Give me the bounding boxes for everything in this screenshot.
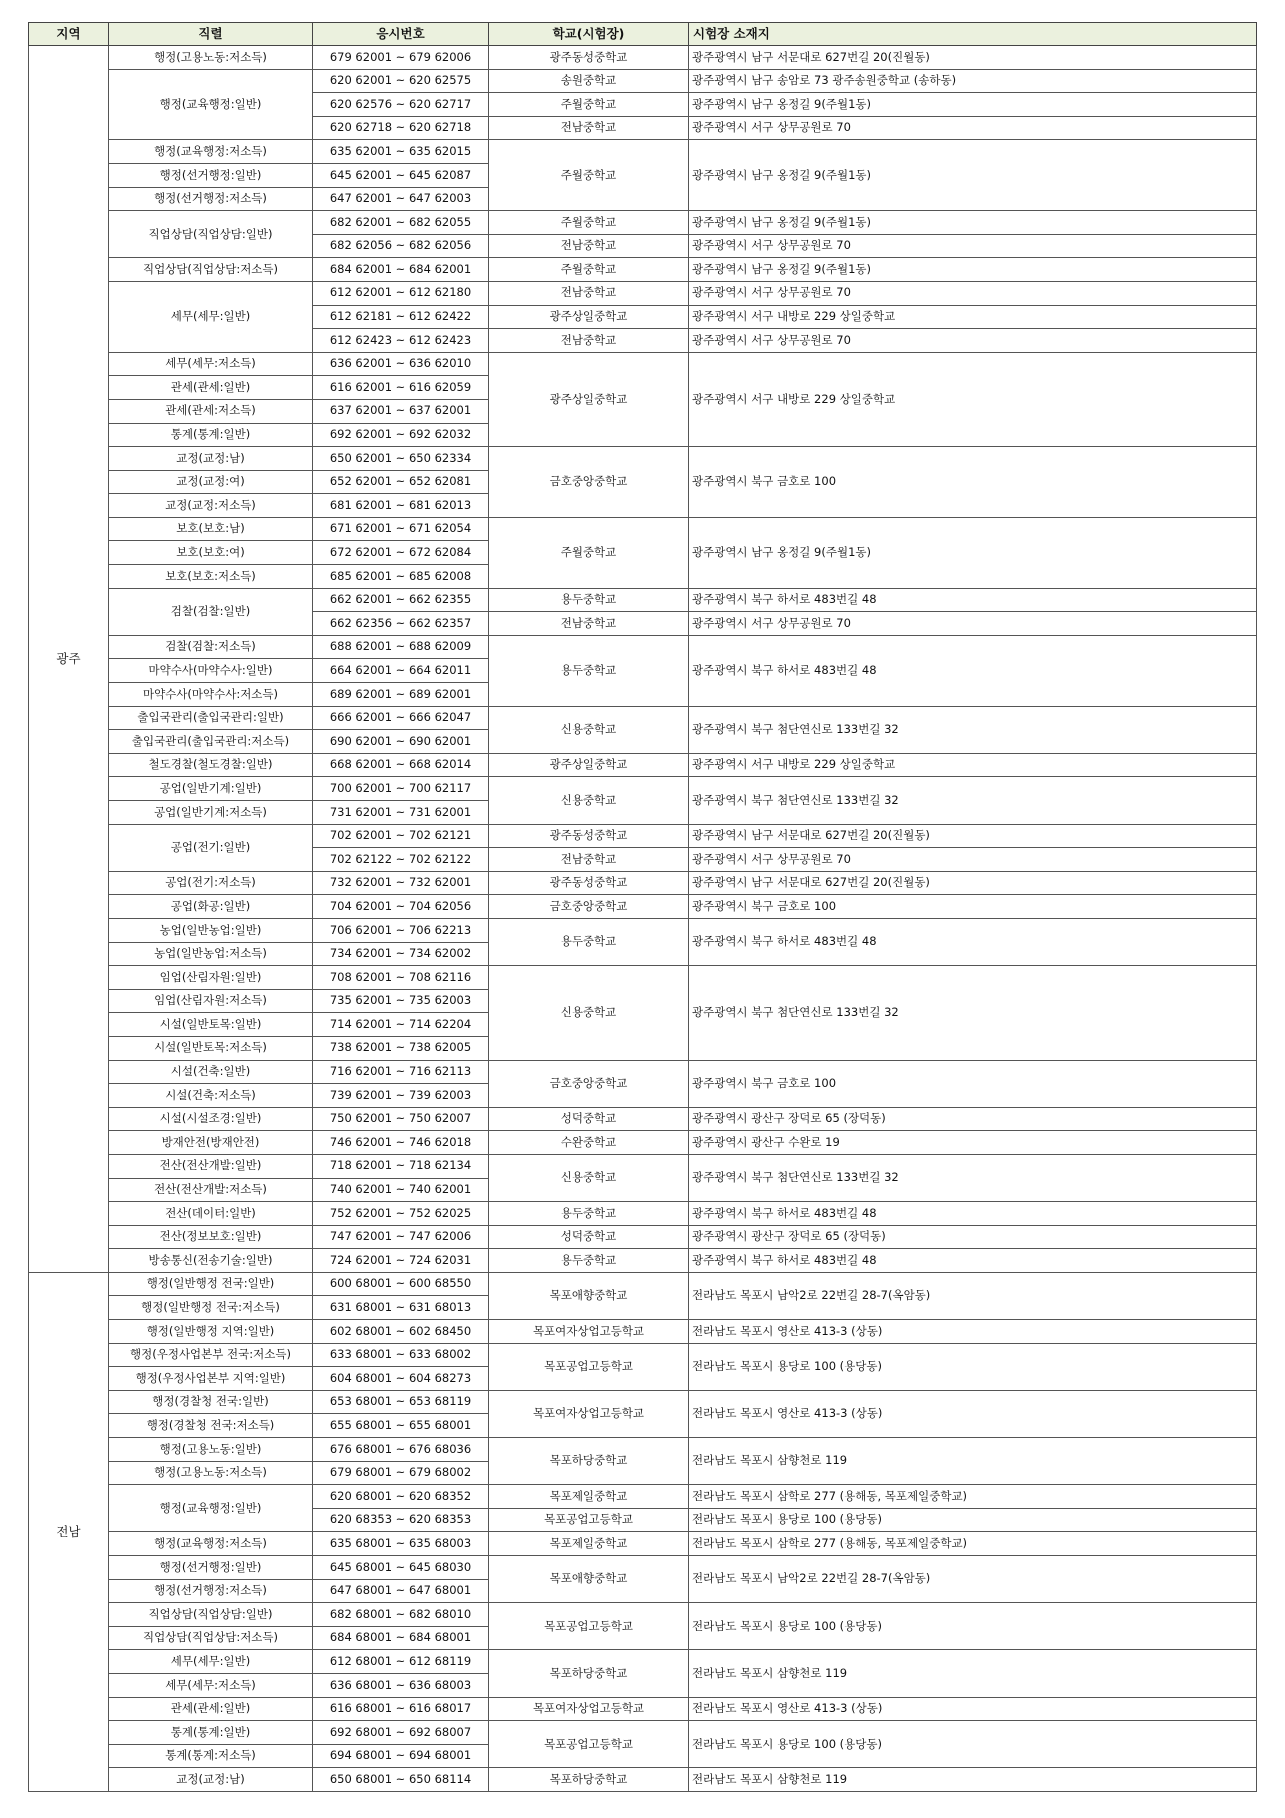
job-series-cell: 공업(일반기계:저소득) (109, 801, 313, 825)
address-cell: 광주광역시 광산구 장덕로 65 (장덕동) (689, 1225, 1257, 1249)
exam-number-range-cell: 604 68001 ~ 604 68273 (313, 1367, 489, 1391)
school-cell: 목포제일중학교 (489, 1532, 689, 1556)
table-header-row: 지역 직렬 응시번호 학교(시험장) 시험장 소재지 (29, 23, 1257, 46)
exam-number-range-cell: 702 62001 ~ 702 62121 (313, 824, 489, 848)
school-cell: 광주동성중학교 (489, 46, 689, 70)
job-series-cell: 검찰(검찰:저소득) (109, 635, 313, 659)
exam-number-range-cell: 714 62001 ~ 714 62204 (313, 1013, 489, 1037)
exam-number-range-cell: 684 68001 ~ 684 68001 (313, 1626, 489, 1650)
school-cell: 목포하당중학교 (489, 1768, 689, 1792)
table-row: 방재안전(방재안전)746 62001 ~ 746 62018수완중학교광주광역… (29, 1131, 1257, 1155)
address-cell: 광주광역시 북구 하서로 483번길 48 (689, 588, 1257, 612)
exam-number-range-cell: 650 62001 ~ 650 62334 (313, 447, 489, 471)
exam-number-range-cell: 635 68001 ~ 635 68003 (313, 1532, 489, 1556)
address-cell: 광주광역시 남구 옹정길 9(주월1동) (689, 258, 1257, 282)
table-row: 행정(선거행정:일반)645 68001 ~ 645 68030목포애향중학교전… (29, 1556, 1257, 1580)
exam-number-range-cell: 692 62001 ~ 692 62032 (313, 423, 489, 447)
job-series-cell: 행정(우정사업본부 지역:일반) (109, 1367, 313, 1391)
table-row: 행정(고용노동:일반)676 68001 ~ 676 68036목포하당중학교전… (29, 1438, 1257, 1462)
job-series-cell: 보호(보호:여) (109, 541, 313, 565)
school-cell: 용두중학교 (489, 1202, 689, 1226)
exam-number-range-cell: 702 62122 ~ 702 62122 (313, 848, 489, 872)
address-cell: 광주광역시 서구 상무공원로 70 (689, 281, 1257, 305)
exam-number-range-cell: 645 68001 ~ 645 68030 (313, 1556, 489, 1580)
exam-number-range-cell: 732 62001 ~ 732 62001 (313, 871, 489, 895)
job-series-cell: 교정(교정:남) (109, 447, 313, 471)
exam-number-range-cell: 633 68001 ~ 633 68002 (313, 1343, 489, 1367)
exam-number-range-cell: 689 62001 ~ 689 62001 (313, 683, 489, 707)
address-cell: 광주광역시 북구 첨단연신로 133번길 32 (689, 777, 1257, 824)
exam-number-range-cell: 652 62001 ~ 652 62081 (313, 470, 489, 494)
job-series-cell: 행정(선거행정:저소득) (109, 1579, 313, 1603)
table-row: 공업(전기:일반)702 62001 ~ 702 62121광주동성중학교광주광… (29, 824, 1257, 848)
exam-number-range-cell: 620 62576 ~ 620 62717 (313, 93, 489, 117)
exam-number-range-cell: 682 62056 ~ 682 62056 (313, 234, 489, 258)
exam-number-range-cell: 740 62001 ~ 740 62001 (313, 1178, 489, 1202)
exam-number-range-cell: 616 68001 ~ 616 68017 (313, 1697, 489, 1721)
address-cell: 광주광역시 북구 금호로 100 (689, 1060, 1257, 1107)
school-cell: 용두중학교 (489, 635, 689, 706)
job-series-cell: 통계(통계:일반) (109, 1721, 313, 1745)
school-cell: 목포여자상업고등학교 (489, 1697, 689, 1721)
school-cell: 목포여자상업고등학교 (489, 1320, 689, 1344)
table-row: 행정(경찰청 전국:일반)653 68001 ~ 653 68119목포여자상업… (29, 1390, 1257, 1414)
job-series-cell: 행정(우정사업본부 전국:저소득) (109, 1343, 313, 1367)
job-series-cell: 통계(통계:일반) (109, 423, 313, 447)
exam-number-range-cell: 739 62001 ~ 739 62003 (313, 1084, 489, 1108)
table-row: 세무(세무:저소득)636 62001 ~ 636 62010광주상일중학교광주… (29, 352, 1257, 376)
table-row: 시설(시설조경:일반)750 62001 ~ 750 62007성덕중학교광주광… (29, 1107, 1257, 1131)
job-series-cell: 직업상담(직업상담:일반) (109, 1603, 313, 1627)
school-cell: 전남중학교 (489, 612, 689, 636)
school-cell: 성덕중학교 (489, 1107, 689, 1131)
exam-number-range-cell: 620 68001 ~ 620 68352 (313, 1485, 489, 1509)
exam-number-range-cell: 706 62001 ~ 706 62213 (313, 918, 489, 942)
address-cell: 광주광역시 서구 내방로 229 상일중학교 (689, 305, 1257, 329)
address-cell: 광주광역시 광산구 장덕로 65 (장덕동) (689, 1107, 1257, 1131)
table-row: 보호(보호:남)671 62001 ~ 671 62054주월중학교광주광역시 … (29, 517, 1257, 541)
school-cell: 신용중학교 (489, 1154, 689, 1201)
address-cell: 전라남도 목포시 삼학로 277 (용해동, 목포제일중학교) (689, 1532, 1257, 1556)
table-row: 교정(교정:남)650 62001 ~ 650 62334금호중앙중학교광주광역… (29, 447, 1257, 471)
exam-number-range-cell: 616 62001 ~ 616 62059 (313, 376, 489, 400)
exam-number-range-cell: 752 62001 ~ 752 62025 (313, 1202, 489, 1226)
job-series-cell: 마약수사(마약수사:저소득) (109, 683, 313, 707)
job-series-cell: 행정(일반행정 지역:일반) (109, 1320, 313, 1344)
exam-number-range-cell: 684 62001 ~ 684 62001 (313, 258, 489, 282)
exam-number-range-cell: 631 68001 ~ 631 68013 (313, 1296, 489, 1320)
exam-number-range-cell: 679 68001 ~ 679 68002 (313, 1461, 489, 1485)
school-cell: 주월중학교 (489, 93, 689, 117)
exam-number-range-cell: 692 68001 ~ 692 68007 (313, 1721, 489, 1745)
exam-number-range-cell: 620 62718 ~ 620 62718 (313, 116, 489, 140)
table-row: 통계(통계:일반)692 68001 ~ 692 68007목포공업고등학교전라… (29, 1721, 1257, 1745)
exam-number-range-cell: 718 62001 ~ 718 62134 (313, 1154, 489, 1178)
job-series-cell: 농업(일반농업:일반) (109, 918, 313, 942)
exam-number-range-cell: 676 68001 ~ 676 68036 (313, 1438, 489, 1462)
job-series-cell: 통계(통계:저소득) (109, 1744, 313, 1768)
job-series-cell: 행정(고용노동:저소득) (109, 1461, 313, 1485)
exam-venue-table: 지역 직렬 응시번호 학교(시험장) 시험장 소재지 광주행정(고용노동:저소득… (28, 22, 1257, 1792)
exam-number-range-cell: 637 62001 ~ 637 62001 (313, 399, 489, 423)
address-cell: 전라남도 목포시 영산로 413-3 (상동) (689, 1697, 1257, 1721)
exam-number-range-cell: 672 62001 ~ 672 62084 (313, 541, 489, 565)
header-job-series: 직렬 (109, 23, 313, 46)
job-series-cell: 직업상담(직업상담:저소득) (109, 1626, 313, 1650)
school-cell: 주월중학교 (489, 258, 689, 282)
exam-number-range-cell: 645 62001 ~ 645 62087 (313, 163, 489, 187)
job-series-cell: 방재안전(방재안전) (109, 1131, 313, 1155)
job-series-cell: 세무(세무:일반) (109, 281, 313, 352)
job-series-cell: 검찰(검찰:일반) (109, 588, 313, 635)
address-cell: 광주광역시 남구 서문대로 627번길 20(진월동) (689, 824, 1257, 848)
table-row: 시설(건축:일반)716 62001 ~ 716 62113금호중앙중학교광주광… (29, 1060, 1257, 1084)
address-cell: 광주광역시 북구 금호로 100 (689, 447, 1257, 518)
exam-number-range-cell: 704 62001 ~ 704 62056 (313, 895, 489, 919)
table-row: 공업(일반기계:일반)700 62001 ~ 700 62117신용중학교광주광… (29, 777, 1257, 801)
table-row: 교정(교정:남)650 68001 ~ 650 68114목포하당중학교전라남도… (29, 1768, 1257, 1792)
job-series-cell: 시설(일반토목:일반) (109, 1013, 313, 1037)
exam-number-range-cell: 682 68001 ~ 682 68010 (313, 1603, 489, 1627)
job-series-cell: 출입국관리(출입국관리:저소득) (109, 730, 313, 754)
school-cell: 목포애향중학교 (489, 1556, 689, 1603)
table-row: 전산(정보보호:일반)747 62001 ~ 747 62006성덕중학교광주광… (29, 1225, 1257, 1249)
job-series-cell: 공업(일반기계:일반) (109, 777, 313, 801)
exam-number-range-cell: 666 62001 ~ 666 62047 (313, 706, 489, 730)
job-series-cell: 전산(전산개발:저소득) (109, 1178, 313, 1202)
job-series-cell: 행정(교육행정:일반) (109, 69, 313, 140)
school-cell: 전남중학교 (489, 329, 689, 353)
table-row: 철도경찰(철도경찰:일반)668 62001 ~ 668 62014광주상일중학… (29, 753, 1257, 777)
exam-number-range-cell: 612 62001 ~ 612 62180 (313, 281, 489, 305)
school-cell: 전남중학교 (489, 848, 689, 872)
address-cell: 전라남도 목포시 삼향천로 119 (689, 1438, 1257, 1485)
address-cell: 전라남도 목포시 용당로 100 (용당동) (689, 1508, 1257, 1532)
table-row: 전산(전산개발:일반)718 62001 ~ 718 62134신용중학교광주광… (29, 1154, 1257, 1178)
school-cell: 용두중학교 (489, 1249, 689, 1273)
table-row: 세무(세무:일반)612 68001 ~ 612 68119목포하당중학교전라남… (29, 1650, 1257, 1674)
region-cell: 전남 (29, 1272, 109, 1791)
job-series-cell: 임업(산림자원:일반) (109, 966, 313, 990)
exam-number-range-cell: 620 68353 ~ 620 68353 (313, 1508, 489, 1532)
table-row: 직업상담(직업상담:일반)682 68001 ~ 682 68010목포공업고등… (29, 1603, 1257, 1627)
address-cell: 광주광역시 서구 상무공원로 70 (689, 848, 1257, 872)
job-series-cell: 교정(교정:저소득) (109, 494, 313, 518)
header-exam-number: 응시번호 (313, 23, 489, 46)
job-series-cell: 전산(전산개발:일반) (109, 1154, 313, 1178)
school-cell: 광주상일중학교 (489, 305, 689, 329)
address-cell: 광주광역시 광산구 수완로 19 (689, 1131, 1257, 1155)
school-cell: 성덕중학교 (489, 1225, 689, 1249)
exam-number-range-cell: 653 68001 ~ 653 68119 (313, 1390, 489, 1414)
school-cell: 목포제일중학교 (489, 1485, 689, 1509)
header-region: 지역 (29, 23, 109, 46)
table-row: 관세(관세:일반)616 68001 ~ 616 68017목포여자상업고등학교… (29, 1697, 1257, 1721)
address-cell: 전라남도 목포시 영산로 413-3 (상동) (689, 1390, 1257, 1437)
job-series-cell: 시설(일반토목:저소득) (109, 1036, 313, 1060)
job-series-cell: 보호(보호:저소득) (109, 565, 313, 589)
school-cell: 전남중학교 (489, 281, 689, 305)
address-cell: 광주광역시 남구 옹정길 9(주월1동) (689, 211, 1257, 235)
table-row: 행정(교육행정:일반)620 68001 ~ 620 68352목포제일중학교전… (29, 1485, 1257, 1509)
table-row: 행정(교육행정:저소득)635 68001 ~ 635 68003목포제일중학교… (29, 1532, 1257, 1556)
school-cell: 신용중학교 (489, 706, 689, 753)
job-series-cell: 행정(교육행정:저소득) (109, 1532, 313, 1556)
exam-number-range-cell: 734 62001 ~ 734 62002 (313, 942, 489, 966)
address-cell: 전라남도 목포시 용당로 100 (용당동) (689, 1721, 1257, 1768)
school-cell: 광주동성중학교 (489, 824, 689, 848)
table-body: 광주행정(고용노동:저소득)679 62001 ~ 679 62006광주동성중… (29, 46, 1257, 1792)
job-series-cell: 방송통신(전송기술:일반) (109, 1249, 313, 1273)
school-cell: 용두중학교 (489, 588, 689, 612)
exam-number-range-cell: 708 62001 ~ 708 62116 (313, 966, 489, 990)
address-cell: 광주광역시 북구 금호로 100 (689, 895, 1257, 919)
table-row: 행정(우정사업본부 전국:저소득)633 68001 ~ 633 68002목포… (29, 1343, 1257, 1367)
exam-number-range-cell: 738 62001 ~ 738 62005 (313, 1036, 489, 1060)
address-cell: 광주광역시 북구 하서로 483번길 48 (689, 635, 1257, 706)
exam-number-range-cell: 688 62001 ~ 688 62009 (313, 635, 489, 659)
address-cell: 전라남도 목포시 용당로 100 (용당동) (689, 1603, 1257, 1650)
school-cell: 주월중학교 (489, 517, 689, 588)
school-cell: 목포하당중학교 (489, 1650, 689, 1697)
school-cell: 목포공업고등학교 (489, 1508, 689, 1532)
address-cell: 광주광역시 북구 첨단연신로 133번길 32 (689, 966, 1257, 1060)
job-series-cell: 공업(화공:일반) (109, 895, 313, 919)
exam-number-range-cell: 620 62001 ~ 620 62575 (313, 69, 489, 93)
table-row: 공업(화공:일반)704 62001 ~ 704 62056금호중앙중학교광주광… (29, 895, 1257, 919)
table-row: 직업상담(직업상담:저소득)684 62001 ~ 684 62001주월중학교… (29, 258, 1257, 282)
exam-number-range-cell: 747 62001 ~ 747 62006 (313, 1225, 489, 1249)
address-cell: 광주광역시 서구 상무공원로 70 (689, 116, 1257, 140)
exam-number-range-cell: 694 68001 ~ 694 68001 (313, 1744, 489, 1768)
address-cell: 광주광역시 남구 옹정길 9(주월1동) (689, 93, 1257, 117)
exam-number-range-cell: 685 62001 ~ 685 62008 (313, 565, 489, 589)
exam-number-range-cell: 612 62181 ~ 612 62422 (313, 305, 489, 329)
school-cell: 목포애향중학교 (489, 1272, 689, 1319)
job-series-cell: 행정(선거행정:저소득) (109, 187, 313, 211)
job-series-cell: 직업상담(직업상담:저소득) (109, 258, 313, 282)
header-address: 시험장 소재지 (689, 23, 1257, 46)
job-series-cell: 행정(경찰청 전국:일반) (109, 1390, 313, 1414)
table-row: 출입국관리(출입국관리:일반)666 62001 ~ 666 62047신용중학… (29, 706, 1257, 730)
exam-number-range-cell: 647 68001 ~ 647 68001 (313, 1579, 489, 1603)
exam-number-range-cell: 612 68001 ~ 612 68119 (313, 1650, 489, 1674)
exam-number-range-cell: 636 62001 ~ 636 62010 (313, 352, 489, 376)
school-cell: 전남중학교 (489, 116, 689, 140)
job-series-cell: 행정(교육행정:일반) (109, 1485, 313, 1532)
school-cell: 송원중학교 (489, 69, 689, 93)
school-cell: 광주동성중학교 (489, 871, 689, 895)
job-series-cell: 세무(세무:저소득) (109, 352, 313, 376)
exam-number-range-cell: 664 62001 ~ 664 62011 (313, 659, 489, 683)
exam-number-range-cell: 612 62423 ~ 612 62423 (313, 329, 489, 353)
job-series-cell: 전산(정보보호:일반) (109, 1225, 313, 1249)
school-cell: 전남중학교 (489, 234, 689, 258)
exam-number-range-cell: 671 62001 ~ 671 62054 (313, 517, 489, 541)
region-cell: 광주 (29, 46, 109, 1273)
school-cell: 목포공업고등학교 (489, 1343, 689, 1390)
table-row: 농업(일반농업:일반)706 62001 ~ 706 62213용두중학교광주광… (29, 918, 1257, 942)
address-cell: 광주광역시 서구 내방로 229 상일중학교 (689, 753, 1257, 777)
address-cell: 광주광역시 북구 첨단연신로 133번길 32 (689, 1154, 1257, 1201)
exam-number-range-cell: 681 62001 ~ 681 62013 (313, 494, 489, 518)
address-cell: 광주광역시 북구 하서로 483번길 48 (689, 1202, 1257, 1226)
address-cell: 전라남도 목포시 남악2로 22번길 28-7(옥암동) (689, 1556, 1257, 1603)
job-series-cell: 임업(산림자원:저소득) (109, 989, 313, 1013)
job-series-cell: 농업(일반농업:저소득) (109, 942, 313, 966)
exam-number-range-cell: 750 62001 ~ 750 62007 (313, 1107, 489, 1131)
exam-number-range-cell: 635 62001 ~ 635 62015 (313, 140, 489, 164)
job-series-cell: 철도경찰(철도경찰:일반) (109, 753, 313, 777)
job-series-cell: 행정(선거행정:일반) (109, 163, 313, 187)
address-cell: 광주광역시 남구 송암로 73 광주송원중학교 (송하동) (689, 69, 1257, 93)
table-row: 행정(교육행정:일반)620 62001 ~ 620 62575송원중학교광주광… (29, 69, 1257, 93)
exam-number-range-cell: 655 68001 ~ 655 68001 (313, 1414, 489, 1438)
address-cell: 광주광역시 남구 옹정길 9(주월1동) (689, 140, 1257, 211)
exam-number-range-cell: 650 68001 ~ 650 68114 (313, 1768, 489, 1792)
table-row: 방송통신(전송기술:일반)724 62001 ~ 724 62031용두중학교광… (29, 1249, 1257, 1273)
exam-number-range-cell: 731 62001 ~ 731 62001 (313, 801, 489, 825)
job-series-cell: 세무(세무:저소득) (109, 1673, 313, 1697)
address-cell: 광주광역시 남구 서문대로 627번길 20(진월동) (689, 871, 1257, 895)
address-cell: 전라남도 목포시 영산로 413-3 (상동) (689, 1320, 1257, 1344)
job-series-cell: 시설(건축:일반) (109, 1060, 313, 1084)
job-series-cell: 관세(관세:저소득) (109, 399, 313, 423)
job-series-cell: 관세(관세:일반) (109, 1697, 313, 1721)
job-series-cell: 출입국관리(출입국관리:일반) (109, 706, 313, 730)
table-row: 검찰(검찰:일반)662 62001 ~ 662 62355용두중학교광주광역시… (29, 588, 1257, 612)
exam-number-range-cell: 647 62001 ~ 647 62003 (313, 187, 489, 211)
school-cell: 금호중앙중학교 (489, 895, 689, 919)
table-row: 행정(교육행정:저소득)635 62001 ~ 635 62015주월중학교광주… (29, 140, 1257, 164)
table-row: 임업(산림자원:일반)708 62001 ~ 708 62116신용중학교광주광… (29, 966, 1257, 990)
exam-number-range-cell: 662 62356 ~ 662 62357 (313, 612, 489, 636)
exam-number-range-cell: 724 62001 ~ 724 62031 (313, 1249, 489, 1273)
school-cell: 목포공업고등학교 (489, 1721, 689, 1768)
job-series-cell: 시설(건축:저소득) (109, 1084, 313, 1108)
school-cell: 금호중앙중학교 (489, 447, 689, 518)
address-cell: 광주광역시 서구 상무공원로 70 (689, 329, 1257, 353)
job-series-cell: 관세(관세:일반) (109, 376, 313, 400)
job-series-cell: 행정(선거행정:일반) (109, 1556, 313, 1580)
address-cell: 광주광역시 북구 하서로 483번길 48 (689, 1249, 1257, 1273)
job-series-cell: 직업상담(직업상담:일반) (109, 211, 313, 258)
job-series-cell: 행정(고용노동:저소득) (109, 46, 313, 70)
exam-number-range-cell: 716 62001 ~ 716 62113 (313, 1060, 489, 1084)
job-series-cell: 시설(시설조경:일반) (109, 1107, 313, 1131)
job-series-cell: 행정(일반행정 전국:저소득) (109, 1296, 313, 1320)
header-school: 학교(시험장) (489, 23, 689, 46)
school-cell: 주월중학교 (489, 140, 689, 211)
address-cell: 전라남도 목포시 용당로 100 (용당동) (689, 1343, 1257, 1390)
address-cell: 광주광역시 남구 옹정길 9(주월1동) (689, 517, 1257, 588)
school-cell: 수완중학교 (489, 1131, 689, 1155)
school-cell: 목포여자상업고등학교 (489, 1390, 689, 1437)
table-row: 전산(데이터:일반)752 62001 ~ 752 62025용두중학교광주광역… (29, 1202, 1257, 1226)
table-row: 전남행정(일반행정 전국:일반)600 68001 ~ 600 68550목포애… (29, 1272, 1257, 1296)
job-series-cell: 공업(전기:저소득) (109, 871, 313, 895)
table-row: 세무(세무:일반)612 62001 ~ 612 62180전남중학교광주광역시… (29, 281, 1257, 305)
table-row: 행정(일반행정 지역:일반)602 68001 ~ 602 68450목포여자상… (29, 1320, 1257, 1344)
address-cell: 전라남도 목포시 삼학로 277 (용해동, 목포제일중학교) (689, 1485, 1257, 1509)
exam-number-range-cell: 636 68001 ~ 636 68003 (313, 1673, 489, 1697)
school-cell: 금호중앙중학교 (489, 1060, 689, 1107)
school-cell: 광주상일중학교 (489, 753, 689, 777)
table-row: 공업(전기:저소득)732 62001 ~ 732 62001광주동성중학교광주… (29, 871, 1257, 895)
job-series-cell: 세무(세무:일반) (109, 1650, 313, 1674)
school-cell: 용두중학교 (489, 918, 689, 965)
exam-number-range-cell: 682 62001 ~ 682 62055 (313, 211, 489, 235)
address-cell: 광주광역시 서구 상무공원로 70 (689, 234, 1257, 258)
address-cell: 전라남도 목포시 삼향천로 119 (689, 1650, 1257, 1697)
address-cell: 광주광역시 북구 하서로 483번길 48 (689, 918, 1257, 965)
exam-number-range-cell: 600 68001 ~ 600 68550 (313, 1272, 489, 1296)
exam-number-range-cell: 735 62001 ~ 735 62003 (313, 989, 489, 1013)
exam-number-range-cell: 746 62001 ~ 746 62018 (313, 1131, 489, 1155)
address-cell: 광주광역시 서구 상무공원로 70 (689, 612, 1257, 636)
address-cell: 광주광역시 북구 첨단연신로 133번길 32 (689, 706, 1257, 753)
job-series-cell: 행정(교육행정:저소득) (109, 140, 313, 164)
exam-number-range-cell: 690 62001 ~ 690 62001 (313, 730, 489, 754)
job-series-cell: 마약수사(마약수사:일반) (109, 659, 313, 683)
exam-number-range-cell: 679 62001 ~ 679 62006 (313, 46, 489, 70)
job-series-cell: 행정(고용노동:일반) (109, 1438, 313, 1462)
address-cell: 전라남도 목포시 남악2로 22번길 28-7(옥암동) (689, 1272, 1257, 1319)
job-series-cell: 공업(전기:일반) (109, 824, 313, 871)
address-cell: 광주광역시 남구 서문대로 627번길 20(진월동) (689, 46, 1257, 70)
school-cell: 목포공업고등학교 (489, 1603, 689, 1650)
job-series-cell: 행정(일반행정 전국:일반) (109, 1272, 313, 1296)
job-series-cell: 교정(교정:여) (109, 470, 313, 494)
table-row: 검찰(검찰:저소득)688 62001 ~ 688 62009용두중학교광주광역… (29, 635, 1257, 659)
address-cell: 전라남도 목포시 삼향천로 119 (689, 1768, 1257, 1792)
school-cell: 주월중학교 (489, 211, 689, 235)
school-cell: 목포하당중학교 (489, 1438, 689, 1485)
exam-number-range-cell: 662 62001 ~ 662 62355 (313, 588, 489, 612)
job-series-cell: 보호(보호:남) (109, 517, 313, 541)
school-cell: 신용중학교 (489, 777, 689, 824)
address-cell: 광주광역시 서구 내방로 229 상일중학교 (689, 352, 1257, 446)
exam-number-range-cell: 602 68001 ~ 602 68450 (313, 1320, 489, 1344)
school-cell: 신용중학교 (489, 966, 689, 1060)
school-cell: 광주상일중학교 (489, 352, 689, 446)
job-series-cell: 교정(교정:남) (109, 1768, 313, 1792)
table-row: 직업상담(직업상담:일반)682 62001 ~ 682 62055주월중학교광… (29, 211, 1257, 235)
job-series-cell: 전산(데이터:일반) (109, 1202, 313, 1226)
job-series-cell: 행정(경찰청 전국:저소득) (109, 1414, 313, 1438)
exam-number-range-cell: 700 62001 ~ 700 62117 (313, 777, 489, 801)
table-row: 광주행정(고용노동:저소득)679 62001 ~ 679 62006광주동성중… (29, 46, 1257, 70)
exam-number-range-cell: 668 62001 ~ 668 62014 (313, 753, 489, 777)
